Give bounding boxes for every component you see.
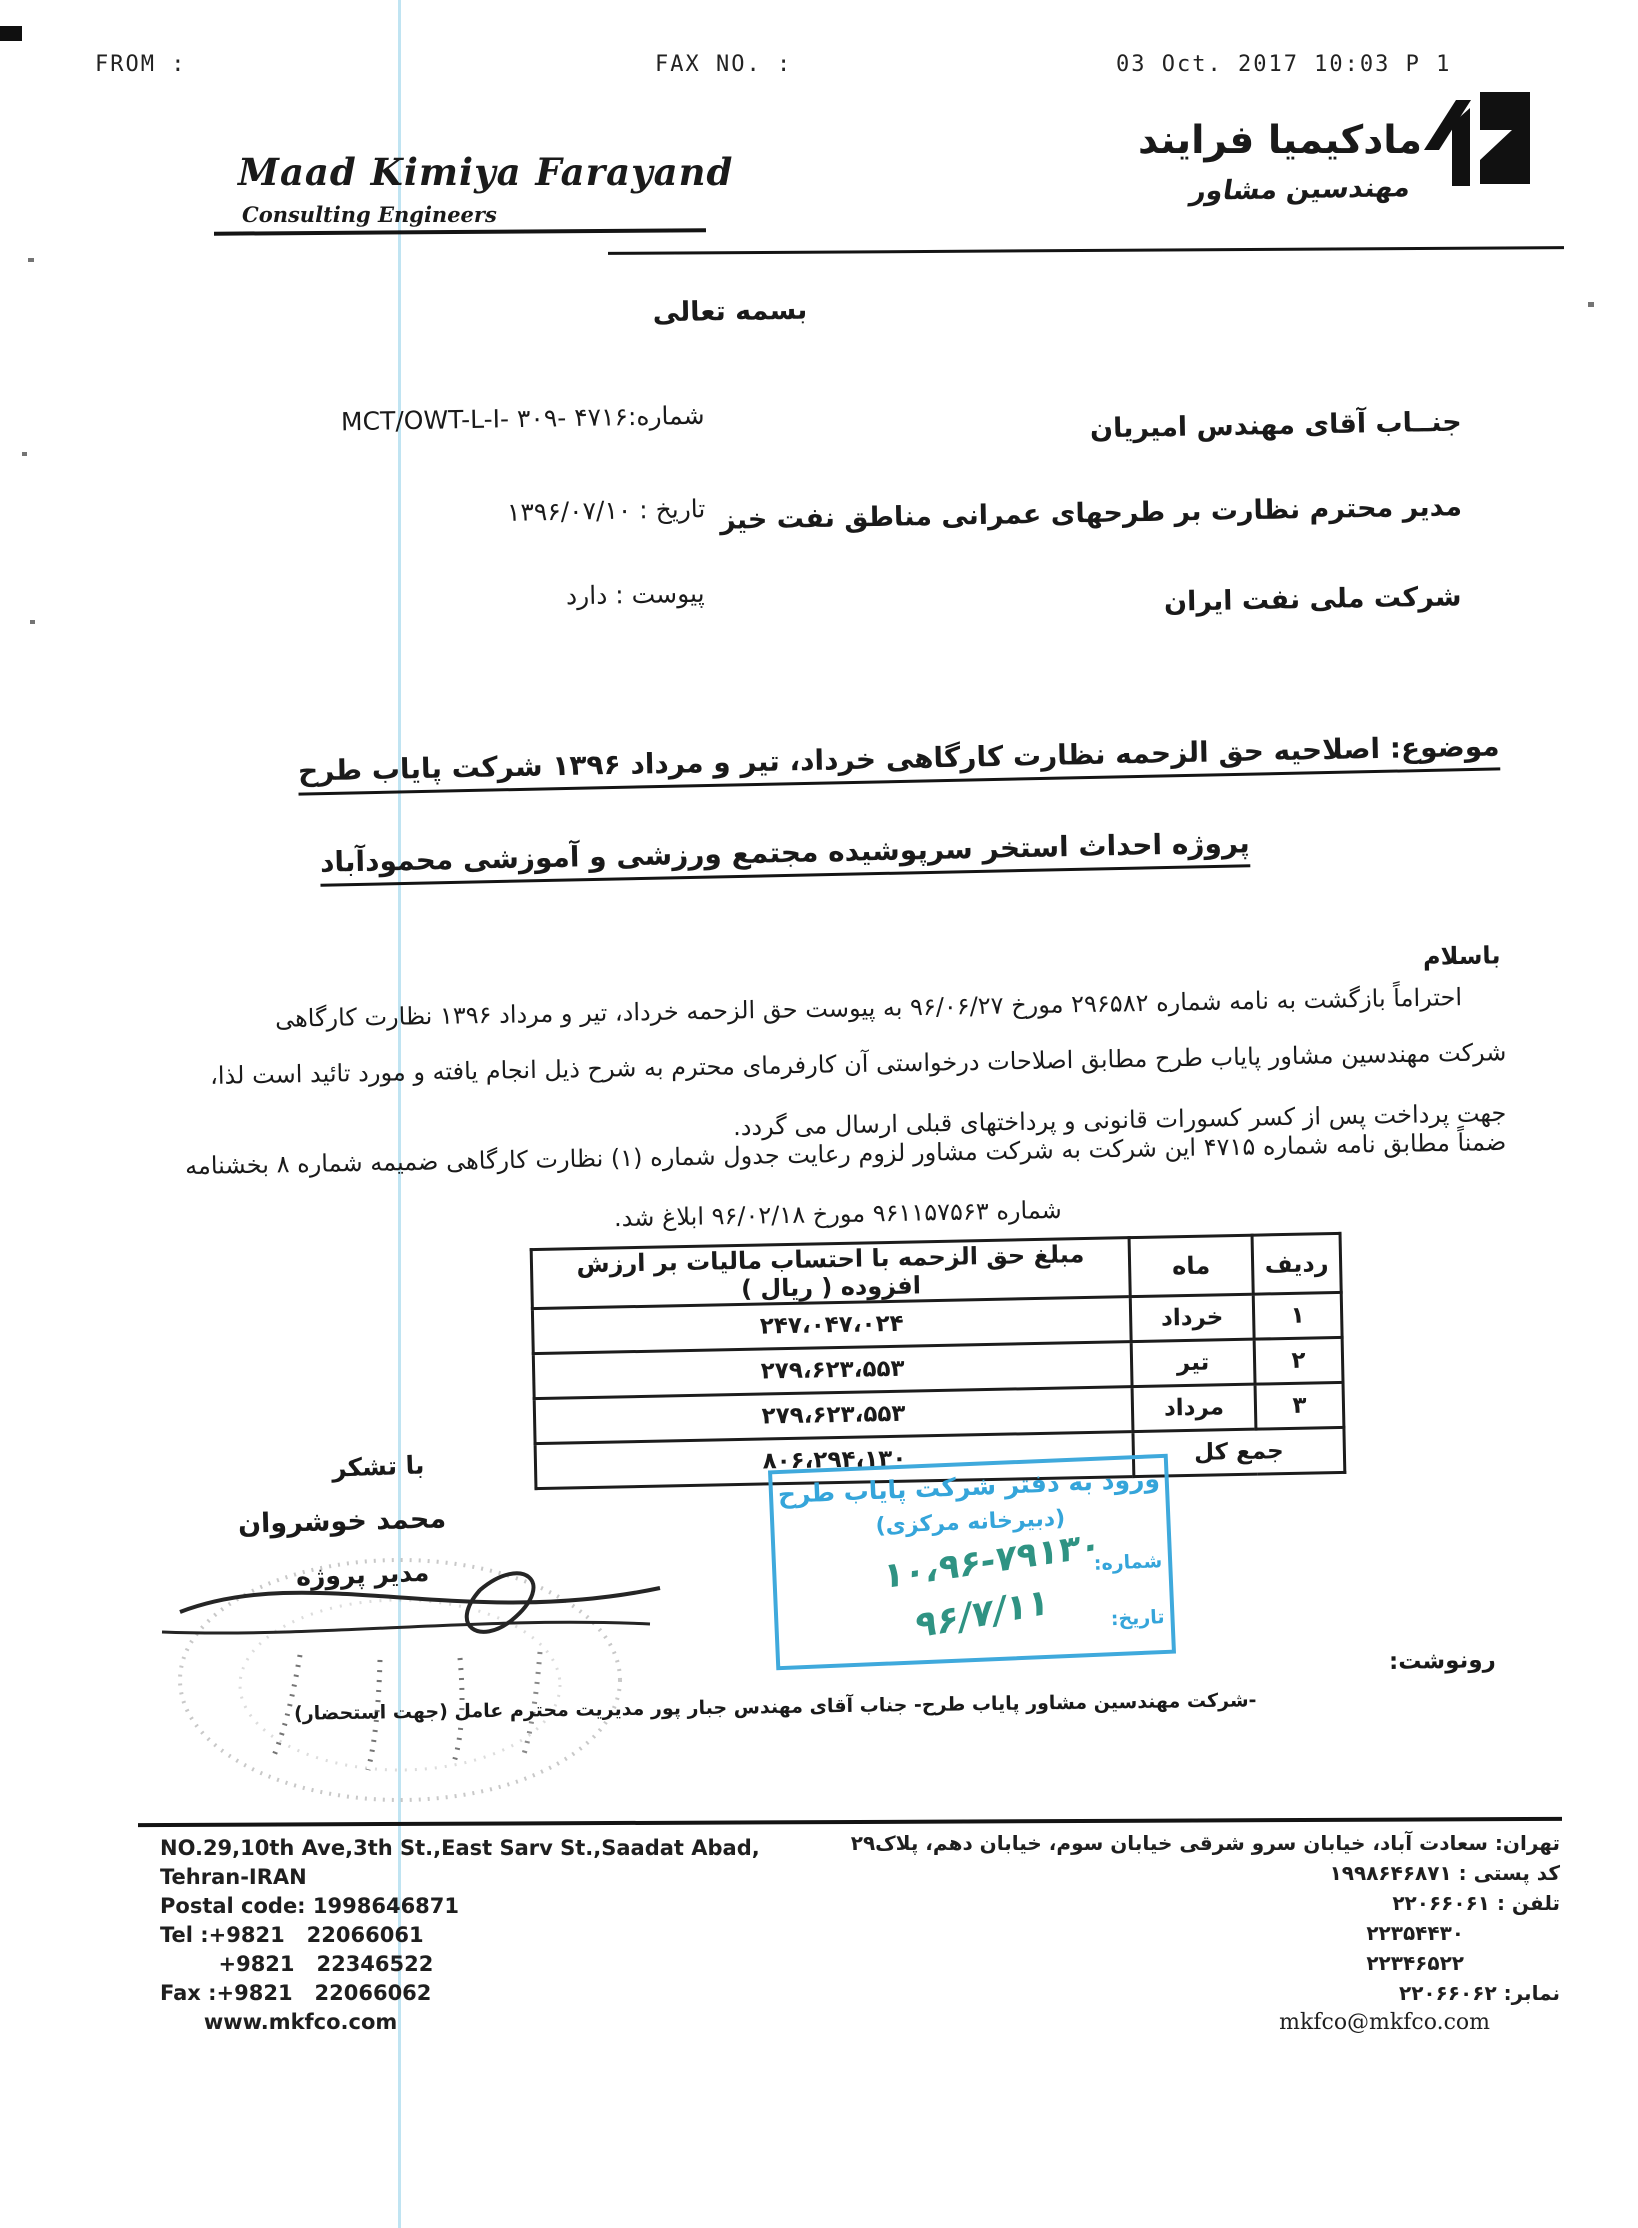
footer-address-farsi: تهران: سعادت آباد، خیابان سرو شرقی خیابا… bbox=[851, 1828, 1560, 2038]
footer-email: mkfco@mkfco.com bbox=[851, 2008, 1560, 2038]
subject-line-1: موضوع: اصلاحیه حق الزحمه نظارت کارگاهی خ… bbox=[298, 729, 1500, 795]
footer-en-line: Tel :+9821 22066061 bbox=[160, 1921, 760, 1950]
cell-month: مرداد bbox=[1132, 1384, 1256, 1431]
fax-number-label: FAX NO. : bbox=[655, 52, 792, 77]
recipient-company: شرکت ملی نفت ایران bbox=[1164, 581, 1462, 617]
footer-en-line: NO.29,10th Ave,3th St.,East Sarv St.,Saa… bbox=[160, 1834, 760, 1863]
footer-fa-phone: ۲۲۳۵۴۴۳۰ bbox=[851, 1918, 1560, 1948]
recipient-title: مدیر محترم نظارت بر طرحهای عمرانی مناطق … bbox=[720, 491, 1462, 536]
stamp-date-label: تاریخ: bbox=[1110, 1606, 1165, 1630]
letter-attachment: پیوست : دارد bbox=[566, 579, 705, 611]
cell-month: خرداد bbox=[1130, 1294, 1254, 1341]
footer-fa-line: تلفن : ۲۲۰۶۶۰۶۱ bbox=[851, 1888, 1560, 1918]
cc-label: رونوشت: bbox=[1389, 1647, 1496, 1675]
fax-from-label: FROM : bbox=[95, 52, 186, 77]
fee-table: ردیف ماه مبلغ حق الزحمه با احتساب مالیات… bbox=[530, 1232, 1347, 1490]
company-name-english: Maad Kimiya Farayand bbox=[238, 150, 733, 194]
footer-fa-phone: ۲۲۳۴۶۵۲۲ bbox=[851, 1948, 1560, 1978]
company-tagline-english: Consulting Engineers bbox=[242, 202, 497, 227]
footer-fa-line: تهران: سعادت آباد، خیابان سرو شرقی خیابا… bbox=[851, 1828, 1560, 1858]
scan-speck bbox=[30, 620, 35, 624]
company-logo-icon bbox=[1424, 90, 1532, 188]
letterhead-rule-right bbox=[608, 246, 1564, 255]
body-paragraph1-line2: شرکت مهندسین مشاور پایاب طرح مطابق اصلاح… bbox=[209, 1038, 1506, 1090]
footer-en-line: Tehran-IRAN bbox=[160, 1863, 760, 1892]
header-row-number: ردیف bbox=[1252, 1233, 1341, 1294]
signature-thanks: با تشکر bbox=[332, 1450, 425, 1482]
letter-date: تاریخ : ۱۳۹۶/۰۷/۱۰ bbox=[506, 494, 705, 527]
footer-website: www.mkfco.com bbox=[160, 2008, 760, 2037]
stamp-date-handwritten: ۹۶/۷/۱۱ bbox=[915, 1581, 1050, 1647]
cell-month: تیر bbox=[1131, 1339, 1255, 1386]
letter-number: شماره:۴۷۱۶ -MCT/OWT-L-I- ۳۰۹ bbox=[341, 401, 705, 437]
cell-row-number: ۳ bbox=[1255, 1382, 1344, 1429]
salutation: باسلام bbox=[1422, 941, 1500, 970]
stamp-number-label: شماره: bbox=[1093, 1550, 1162, 1575]
scan-edge-artifact bbox=[0, 26, 22, 41]
office-entry-stamp: ورود به دفتر شرکت پایاب طرح (دبیرخانه مر… bbox=[768, 1454, 1176, 1671]
company-name-farsi: مادکیمیا فرایند bbox=[1138, 118, 1422, 163]
footer-en-line: Fax :+9821 22066062 bbox=[160, 1979, 760, 2008]
subject-line-2: پروژه احداث استخر سرپوشیده مجتمع ورزشی و… bbox=[320, 826, 1251, 886]
body-paragraph2-line2: شماره ۹۶۱۱۵۷۵۶۳ مورخ ۹۶/۰۲/۱۸ ابلاغ شد. bbox=[614, 1196, 1062, 1232]
handwritten-signature bbox=[150, 1520, 690, 1820]
letterhead-rule-left bbox=[214, 228, 706, 235]
besmele-heading: بسمه تعالی bbox=[640, 294, 821, 328]
footer-en-line: Postal code: 1998646871 bbox=[160, 1892, 760, 1921]
scanned-fax-letter: FROM : FAX NO. : 03 Oct. 2017 10:03 P 1 … bbox=[0, 0, 1638, 2228]
stamp-title: ورود به دفتر شرکت پایاب طرح bbox=[772, 1464, 1165, 1509]
footer-address-english: NO.29,10th Ave,3th St.,East Sarv St.,Saa… bbox=[160, 1834, 760, 2037]
fax-datetime: 03 Oct. 2017 10:03 P 1 bbox=[1116, 52, 1451, 77]
footer-en-line: +9821 22346522 bbox=[160, 1950, 760, 1979]
footer-fa-line: نمابر: ۲۲۰۶۶۰۶۲ bbox=[851, 1978, 1560, 2008]
body-paragraph1-line1: احتراماً بازگشت به نامه شماره ۲۹۶۵۸۲ مور… bbox=[275, 983, 1463, 1033]
footer-fa-line: کد پستی : ۱۹۹۸۶۴۶۸۷۱ bbox=[851, 1858, 1560, 1888]
cell-row-number: ۲ bbox=[1254, 1337, 1343, 1384]
scan-speck bbox=[28, 258, 34, 262]
cell-row-number: ۱ bbox=[1253, 1292, 1342, 1339]
scan-speck bbox=[22, 452, 27, 456]
scan-speck bbox=[1588, 302, 1594, 307]
company-tagline-farsi: مهندسین مشاور bbox=[1188, 172, 1413, 207]
recipient-name: جنــاب آقای مهندس امیریان bbox=[1090, 407, 1462, 445]
stamp-subtitle: (دبیرخانه مرکزی) bbox=[774, 1502, 1167, 1543]
header-month: ماه bbox=[1129, 1235, 1253, 1296]
